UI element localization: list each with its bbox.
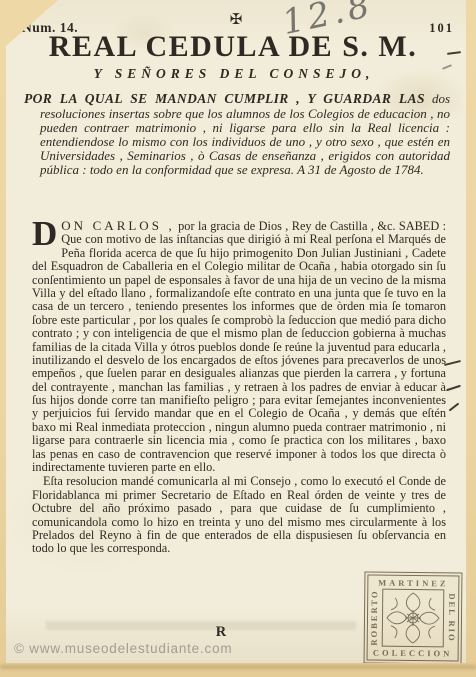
stamp-text-left: ROBERTO: [369, 572, 380, 664]
margin-mark: [446, 385, 461, 392]
paragraph-1-text: SABED : Que con motivo de las inſtancias…: [32, 219, 446, 474]
paragraph-1-opening-caps: ON CARLOS ,: [61, 218, 174, 233]
photo-watermark: © www.museodelestudiante.com: [14, 641, 232, 656]
document-subtitle: Y SEÑORES DEL CONSEJO,: [6, 66, 462, 82]
body-text: D ON CARLOS , por la gracia de Dios , Re…: [32, 219, 446, 556]
collection-stamp: MARTINEZ COLECCION ROBERTO DEL RIO: [364, 571, 463, 664]
paragraph-2: Eſta resolucion mandé comunicarla al mi …: [32, 475, 446, 555]
document-title: REAL CEDULA DE S. M.: [6, 30, 460, 64]
document-page: Num. 14. ✠ 101 12.8 REAL CEDULA DE S. M.…: [6, 0, 466, 663]
stamp-text-right: DEL RIO: [447, 572, 458, 664]
margin-mark: [444, 360, 461, 366]
margin-mark: [449, 403, 460, 412]
cross-ornament-icon: ✠: [6, 10, 466, 29]
summary-lead-line: POR LA QUAL SE MANDAN CUMPLIR , Y GUARDA…: [24, 91, 425, 106]
stamp-emblem: [382, 589, 445, 648]
summary-paragraph: POR LA QUAL SE MANDAN CUMPLIR , Y GUARDA…: [40, 92, 450, 177]
paragraph-1: D ON CARLOS , por la gracia de Dios , Re…: [32, 219, 446, 474]
paragraph-1-lead: por la gracia de Dios , Rey de Castilla …: [178, 219, 395, 233]
drop-cap: D: [32, 219, 61, 247]
page-edge-shadow: [0, 665, 476, 669]
